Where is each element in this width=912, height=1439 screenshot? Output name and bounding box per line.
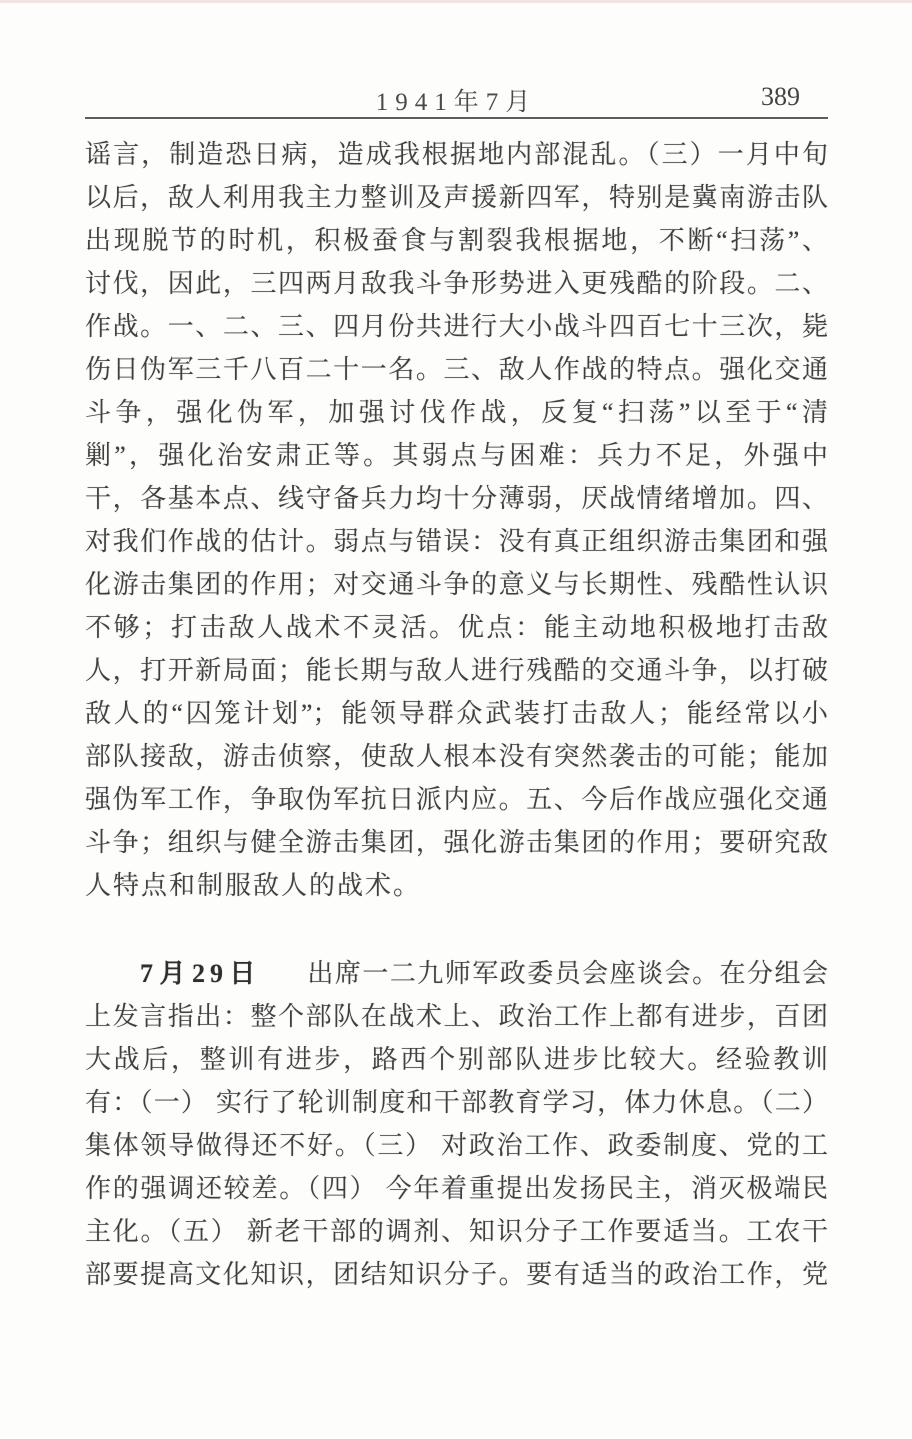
text-line: 化游击集团的作用；对交通斗争的意义与长期性、残酷性认识 bbox=[85, 563, 828, 606]
text-line: 作的强调还较差。（四） 今年着重提出发扬民主，消灭极端民 bbox=[85, 1167, 828, 1210]
text-line: 剿”，强化治安肃正等。其弱点与困难：兵力不足，外强中 bbox=[85, 434, 828, 477]
text-line: 敌人的“囚笼计划”；能领导群众武装打击敌人；能经常以小 bbox=[85, 692, 828, 735]
entry-date-label: 7月29日 bbox=[140, 959, 262, 988]
text-line: 斗争；组织与健全游击集团，强化游击集团的作用；要研究敌 bbox=[85, 821, 828, 864]
text-line: 大战后，整训有进步，路西个别部队进步比较大。经验教训 bbox=[85, 1038, 828, 1081]
header-rule bbox=[85, 117, 828, 119]
text-line: 讨伐，因此，三四两月敌我斗争形势进入更残酷的阶段。二、 bbox=[85, 262, 828, 305]
body-text: 谣言，制造恐日病，造成我根据地内部混乱。（三）一月中旬以后，敌人利用我主力整训及… bbox=[85, 133, 828, 1296]
text-line: 部队接敌，游击侦察，使敌人根本没有突然袭击的可能；能加 bbox=[85, 735, 828, 778]
text-line: 伤日伪军三千八百二十一名。三、敌人作战的特点。强化交通 bbox=[85, 348, 828, 391]
entry-first-line-text: 出席一二九师军政委员会座谈会。在分组会 bbox=[306, 959, 828, 988]
page-number: 389 bbox=[761, 82, 800, 112]
text-line: 人特点和制服敌人的战术。 bbox=[85, 864, 828, 907]
text-line: 对我们作战的估计。弱点与错误：没有真正组织游击集团和强 bbox=[85, 520, 828, 563]
running-head-date: 1941年7月 bbox=[85, 82, 828, 118]
page-header: 1941年7月 389 bbox=[85, 82, 828, 114]
text-line: 主化。（五） 新老干部的调剂、知识分子工作要适当。工农干 bbox=[85, 1210, 828, 1253]
text-line: 干，各基本点、线守备兵力均十分薄弱，厌战情绪增加。四、 bbox=[85, 477, 828, 520]
text-line: 部要提高文化知识，团结知识分子。要有适当的政治工作，党 bbox=[85, 1253, 828, 1296]
text-line: 人，打开新局面；能长期与敌人进行残酷的交通斗争，以打破 bbox=[85, 649, 828, 692]
text-line: 强伪军工作，争取伪军抗日派内应。五、今后作战应强化交通 bbox=[85, 778, 828, 821]
text-line: 集体领导做得还不好。（三） 对政治工作、政委制度、党的工 bbox=[85, 1124, 828, 1167]
text-line: 有：（一） 实行了轮训制度和干部教育学习，体力休息。（二） bbox=[85, 1081, 828, 1124]
paragraph-continuation: 谣言，制造恐日病，造成我根据地内部混乱。（三）一月中旬以后，敌人利用我主力整训及… bbox=[85, 133, 828, 907]
text-line: 谣言，制造恐日病，造成我根据地内部混乱。（三）一月中旬 bbox=[85, 133, 828, 176]
text-line: 以后，敌人利用我主力整训及声援新四军，特别是冀南游击队 bbox=[85, 176, 828, 219]
entry-lines: 上发言指出：整个部队在战术上、政治工作上都有进步，百团大战后，整训有进步，路西个… bbox=[85, 995, 828, 1296]
text-line: 作战。一、二、三、四月份共进行大小战斗四百七十三次，毙 bbox=[85, 305, 828, 348]
scan-edge-artifact bbox=[0, 0, 912, 3]
paragraph-july-29-entry: 7月29日出席一二九师军政委员会座谈会。在分组会 上发言指出：整个部队在战术上、… bbox=[85, 952, 828, 1296]
text-line: 出现脱节的时机，积极蚕食与割裂我根据地，不断“扫荡”、 bbox=[85, 219, 828, 262]
text-line: 斗争，强化伪军，加强讨伐作战，反复“扫荡”以至于“清 bbox=[85, 391, 828, 434]
text-line: 不够；打击敌人战术不灵活。优点：能主动地积极地打击敌 bbox=[85, 606, 828, 649]
book-page: 1941年7月 389 谣言，制造恐日病，造成我根据地内部混乱。（三）一月中旬以… bbox=[0, 0, 912, 1439]
text-line: 上发言指出：整个部队在战术上、政治工作上都有进步，百团 bbox=[85, 995, 828, 1038]
entry-first-line: 7月29日出席一二九师军政委员会座谈会。在分组会 bbox=[85, 952, 828, 995]
